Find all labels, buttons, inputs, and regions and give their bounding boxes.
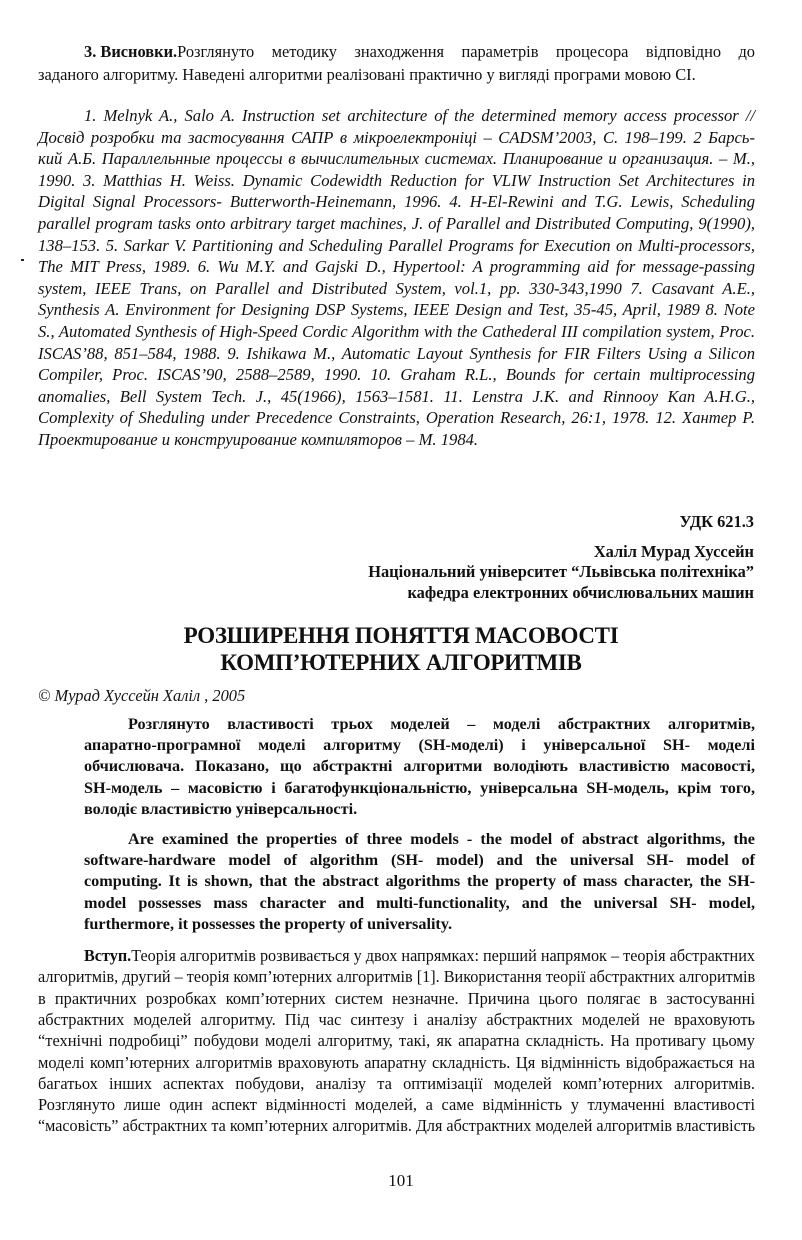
affiliation: Національний університет “Львівська полі… bbox=[368, 564, 754, 580]
reference-line: 1990. 3. Matthias H. Weiss. Dynamic Code… bbox=[38, 173, 755, 190]
conclusions-line-1: 3. Висновки. Розглянуто методику знаходж… bbox=[84, 44, 755, 60]
conclusions-line-2: заданого алгоритму. Наведені алгоритми р… bbox=[38, 67, 696, 83]
reference-line: S., Automated Synthesis of High-Speed Co… bbox=[38, 324, 755, 341]
intro-first-text: Теорія алгоритмів розвивається у двох на… bbox=[131, 948, 755, 964]
reference-line: Досвід розробки та застосування САПР в м… bbox=[38, 130, 755, 147]
intro-line: “масовість” абстрактних та комп’ютерних … bbox=[38, 1118, 755, 1134]
abstract-uk-line: обчислювача. Показано, що абстрактні алг… bbox=[84, 758, 755, 774]
intro-line: в практичних розробках комп’ютерних сист… bbox=[38, 991, 755, 1007]
reference-line: Digital Signal Processors- Butterworth-H… bbox=[38, 194, 755, 211]
reference-line: 1. Melnyk A., Salo A. Instruction set ar… bbox=[84, 108, 755, 125]
conclusions-text: Розглянуто методику знаходження параметр… bbox=[177, 44, 755, 60]
abstract-uk-line: володіє властивістю універсальності. bbox=[84, 801, 755, 817]
abstract-uk-line: SH-модель – масовістю і багатофункціонал… bbox=[84, 780, 755, 796]
udc-code: УДК 621.3 bbox=[679, 514, 754, 530]
intro-line: абстрактних моделей алгоритму. Під час с… bbox=[38, 1012, 755, 1028]
reference-line: Проектирование и конструирование компиля… bbox=[38, 432, 755, 449]
abstract-en-line: Are examined the properties of three mod… bbox=[128, 831, 755, 847]
abstract-en-line: software-hardware model of algorithm (SH… bbox=[84, 852, 755, 868]
intro-line: Розглянуто лише один аспект відмінності … bbox=[38, 1097, 755, 1113]
intro-line: “технічні подробиці” побудови моделі алг… bbox=[38, 1033, 755, 1049]
abstract-en-line: computing. It is shown, that the abstrac… bbox=[84, 873, 755, 889]
abstract-uk-line: апаратно-програмної моделі алгоритму (SH… bbox=[84, 737, 755, 753]
intro-line-1: Вступ. Теорія алгоритмів розвивається у … bbox=[84, 948, 755, 964]
intro-line: багатьох інших аспектах побудови, аналіз… bbox=[38, 1076, 755, 1092]
reference-line: 138–153. 5. Sarkar V. Partitioning and S… bbox=[38, 238, 755, 255]
reference-line: кий А.Б. Параллельнные процессы в вычисл… bbox=[38, 151, 755, 168]
intro-line: моделі комп’ютерних алгоритмів враховуют… bbox=[38, 1055, 755, 1071]
reference-line: system, IEEE Trans, on Parallel and Dist… bbox=[38, 281, 755, 298]
abstract-en-line: model possesses mass character and multi… bbox=[84, 895, 755, 911]
intro-heading: Вступ. bbox=[84, 948, 131, 964]
scan-artifact-dot bbox=[21, 259, 24, 261]
reference-line: Compiler, Proc. ISCAS’90, 2588–2589, 199… bbox=[38, 367, 755, 384]
conclusions-heading: 3. Висновки. bbox=[84, 44, 177, 60]
department: кафедра електронних обчислювальних машин bbox=[407, 585, 754, 601]
reference-line: parallel program tasks onto arbitrary ta… bbox=[38, 216, 755, 233]
page-number: 101 bbox=[0, 1172, 802, 1189]
abstract-uk-line: Розглянуто властивості трьох моделей – м… bbox=[128, 716, 755, 732]
author-name: Халіл Мурад Хуссейн bbox=[594, 544, 754, 560]
abstract-en-line: furthermore, it possesses the property o… bbox=[84, 916, 755, 932]
intro-line: алгоритмів, другий – теорія комп’ютерних… bbox=[38, 969, 755, 985]
reference-line: Complexity of Sheduling under Precedence… bbox=[38, 410, 755, 427]
document-page: 3. Висновки. Розглянуто методику знаходж… bbox=[0, 0, 802, 1240]
copyright-line: © Мурад Хуссейн Халіл , 2005 bbox=[38, 688, 245, 704]
reference-line: Synthesis A. Environment for Designing D… bbox=[38, 302, 755, 319]
reference-line: anomalies, Bell System Tech. J., 45(1966… bbox=[38, 389, 755, 406]
article-title-line-1: РОЗШИРЕННЯ ПОНЯТТЯ МАСОВОСТІ bbox=[0, 624, 802, 647]
article-title-line-2: КОМП’ЮТЕРНИХ АЛГОРИТМІВ bbox=[0, 651, 802, 674]
reference-line: ISCAS’88, 851–584, 1988. 9. Ishikawa M.,… bbox=[38, 346, 755, 363]
reference-line: The MIT Press, 1989. 6. Wu M.Y. and Gajs… bbox=[38, 259, 755, 276]
